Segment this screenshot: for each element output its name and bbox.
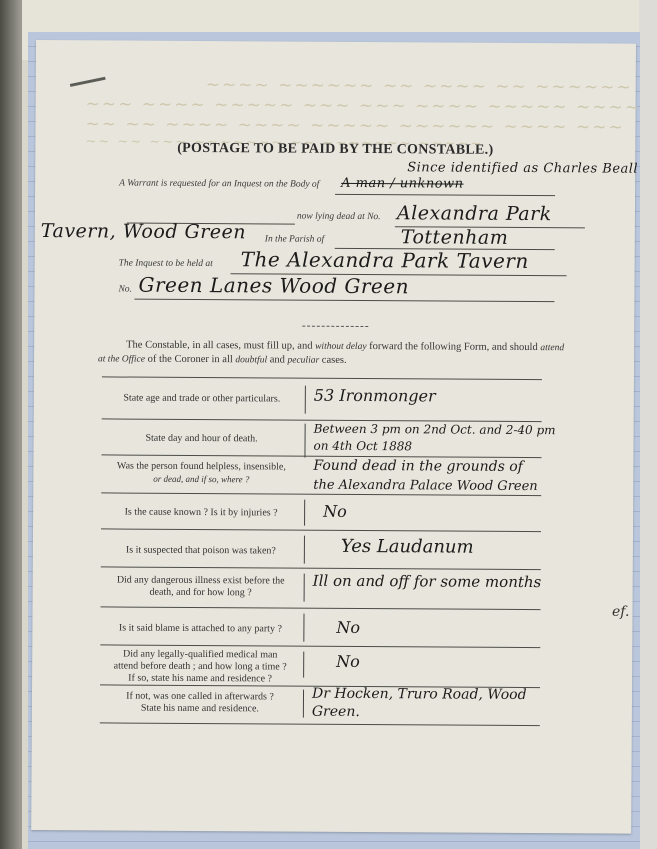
parish-value: Tottenham — [401, 226, 509, 249]
brace — [303, 690, 306, 718]
question-text: State day and hour of death. — [102, 432, 302, 445]
answer-text: 53 Ironmonger — [314, 386, 436, 406]
question-text: Is it said blame is attached to any part… — [100, 622, 300, 635]
bleed-through-text: ~~~~ ~~~~~~ ~~ ~~~~ ~~ ~~~~~~ — [206, 75, 633, 98]
question-text: Was the person found helpless, insensibl… — [101, 460, 301, 485]
instructions-text: of the Coroner in all — [148, 354, 233, 366]
pin-mark — [70, 77, 106, 87]
answer-text: on 4th Oct 1888 — [313, 439, 412, 454]
question-row-poison: Is it suspected that poison was taken? Y… — [101, 530, 541, 571]
lying-dead-location-1: Alexandra Park — [397, 202, 552, 225]
question-text: Did any dangerous illness exist before t… — [101, 574, 301, 599]
instructions-text: and — [270, 354, 285, 365]
row-rule — [102, 376, 542, 380]
brace — [304, 536, 307, 564]
background-right — [639, 0, 657, 849]
question-text: Is it suspected that poison was taken? — [101, 544, 301, 557]
answer-text: Yes Laudanum — [341, 536, 474, 558]
instructions-text: forward the following Form, and should — [369, 341, 538, 353]
parish-label: In the Parish of — [265, 234, 324, 244]
brace — [304, 500, 307, 526]
margin-note: ef. — [612, 604, 629, 620]
question-row-cause: Is the cause known ? Is it by injuries ?… — [101, 494, 541, 531]
struck-body-description: A man / unknown — [341, 176, 464, 192]
brace — [304, 574, 307, 602]
question-text: Did any legally-qualified medical man at… — [100, 648, 300, 685]
inquest-warrant-form: ~~~~ ~~~~~~ ~~ ~~~~ ~~ ~~~~~~ ~~~ ~~~~ ~… — [31, 40, 636, 834]
answer-text: Ill on and off for some months — [313, 572, 542, 591]
answer-text: the Alexandra Palace Wood Green — [313, 478, 538, 494]
identified-name: Since identified as Charles Beall — [407, 160, 638, 176]
question-row-blame: Is it said blame is attached to any part… — [100, 608, 540, 649]
field-rule — [134, 299, 554, 303]
question-text: State age and trade or other particulars… — [102, 392, 302, 405]
instructions-emphasis: peculiar — [287, 356, 319, 366]
instructions-text: The Constable, in all cases, must fill u… — [126, 340, 312, 352]
number-value: Green Lanes Wood Green — [138, 273, 409, 299]
question-text: If not, was one called in afterwards ? S… — [100, 690, 300, 715]
answer-text: No — [336, 652, 360, 671]
answer-text: No — [323, 502, 347, 521]
answer-text: Dr Hocken, Truro Road, Wood — [312, 686, 527, 703]
brace — [305, 386, 308, 414]
decorative-divider — [302, 322, 368, 327]
constable-instructions: The Constable, in all cases, must fill u… — [98, 338, 568, 369]
answer-text: Between 3 pm on 2nd Oct. and 2-40 pm — [314, 422, 556, 437]
inquest-location-label: The Inquest to be held at — [119, 259, 213, 270]
question-text: Is the cause known ? Is it by injuries ? — [101, 506, 301, 519]
instructions-emphasis: without delay — [315, 342, 367, 352]
brace — [303, 614, 306, 642]
question-row-illness: Did any dangerous illness exist before t… — [101, 568, 541, 611]
instructions-text: cases. — [322, 355, 347, 366]
lying-dead-location-2: Tavern, Wood Green — [41, 220, 246, 243]
answer-text: Found dead in the grounds of — [313, 458, 523, 475]
answer-text: No — [336, 618, 360, 637]
brace — [303, 652, 306, 678]
question-row-age-trade: State age and trade or other particulars… — [102, 380, 542, 423]
lying-dead-label: now lying dead at No. — [297, 212, 381, 223]
form-heading: (POSTAGE TO BE PAID BY THE CONSTABLE.) — [35, 140, 635, 160]
brace — [304, 424, 307, 458]
number-label: No. — [118, 285, 132, 295]
field-rule — [335, 194, 555, 196]
answer-text: Green. — [312, 704, 360, 720]
binding-edge — [0, 0, 22, 849]
instructions-emphasis: doubtful — [235, 355, 267, 365]
warrant-label: A Warrant is requested for an Inquest on… — [119, 179, 319, 190]
inquest-location-value: The Alexandra Park Tavern — [241, 247, 529, 273]
